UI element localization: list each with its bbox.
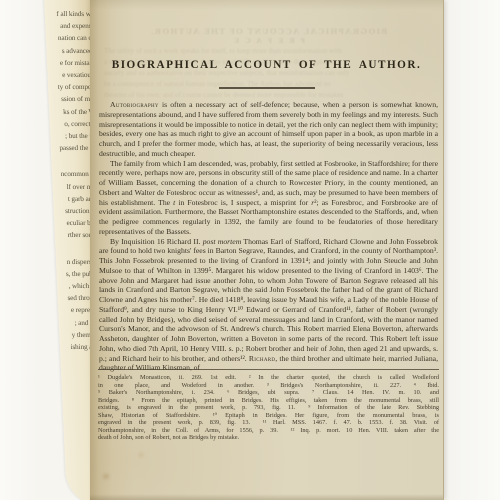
- text-run: By Inquisition 16 Richard II.: [110, 237, 203, 246]
- page-edge-text-fragment: and expens: [45, 20, 92, 32]
- text-run: Richard: [249, 354, 275, 363]
- page-title: BIOGRAPHICAL ACCOUNT OF THE AUTHOR.: [90, 59, 443, 71]
- footnote-line: engraved in the present work, p. 839, fi…: [98, 419, 439, 427]
- footnote-line: Northamptonshire, in the Coll. of Arms, …: [98, 427, 439, 435]
- page-edge-text-fragment: f all kinds w: [45, 8, 92, 20]
- page-edge-text-fragment: ty of compos: [48, 81, 95, 93]
- text-run: Thomas Earl of Stafford, Richard Clowne …: [99, 237, 438, 363]
- paragraph: By Inquisition 16 Richard II. post morte…: [99, 237, 438, 374]
- footnote-line: Bridges. ⁸ From the epitaph, printed in …: [98, 397, 439, 405]
- page-edge-text-fragment: e for mistak: [47, 57, 94, 69]
- footnote-rule: [98, 369, 439, 370]
- footnote-line: Shaw, Historian of Staffordshire. ¹⁰ Epi…: [98, 412, 439, 420]
- title-rule: [219, 87, 315, 89]
- foxing-spot: [418, 120, 423, 124]
- paragraph: Autobiography is often a necessary act o…: [99, 100, 438, 159]
- text-run: Autobiography: [110, 100, 159, 109]
- showthrough-line: The utility of such a work speaks for it…: [104, 46, 433, 57]
- footnote-line: ⁵ Baker's Northamptonshire, i. 234. ⁶ Br…: [98, 389, 439, 397]
- footnote-line: death of John, son of Robert, not as Bri…: [98, 434, 439, 442]
- foxing-spot: [139, 453, 143, 457]
- page-edge-text-fragment: s advanced: [46, 45, 93, 57]
- text-run: post mortem: [203, 237, 242, 246]
- page-edge-text-fragment: ks of the W: [49, 106, 96, 118]
- showthrough-heading: P R E F A C E: [104, 36, 433, 46]
- showthrough-heading: BIOGRAPHICAL ACCOUNT OF THE AUTHOR.: [104, 26, 433, 36]
- footnote-line: in one place, and Wodeford in another. ³…: [98, 382, 439, 390]
- footnote-line: ¹ Dugdale's Monasticon, ii. 269. 1st edi…: [98, 374, 439, 382]
- showthrough-line: theories of his own; and of course canno…: [104, 90, 433, 101]
- body-text: Autobiography is often a necessary act o…: [99, 100, 438, 373]
- page-edge-text-fragment: e vexatious: [47, 69, 94, 81]
- text-run: in Fotesbroc is, I suspect, a misprint f…: [175, 198, 311, 207]
- foxing-spot: [103, 474, 109, 479]
- page-edge-text-fragment: nation can o: [46, 32, 93, 44]
- book-scan: f all kinds wand expensnation can os adv…: [0, 0, 500, 500]
- book-page: BIOGRAPHICAL ACCOUNT OF THE AUTHOR.P R E…: [90, 0, 444, 500]
- paragraph: The family from which I am descended, wa…: [99, 159, 438, 237]
- footnote-line: existing, is engraved in the present wor…: [98, 404, 439, 412]
- footnotes: ¹ Dugdale's Monasticon, ii. 269. 1st edi…: [98, 374, 439, 442]
- page-edge-text-fragment: ssion of mis: [48, 93, 95, 105]
